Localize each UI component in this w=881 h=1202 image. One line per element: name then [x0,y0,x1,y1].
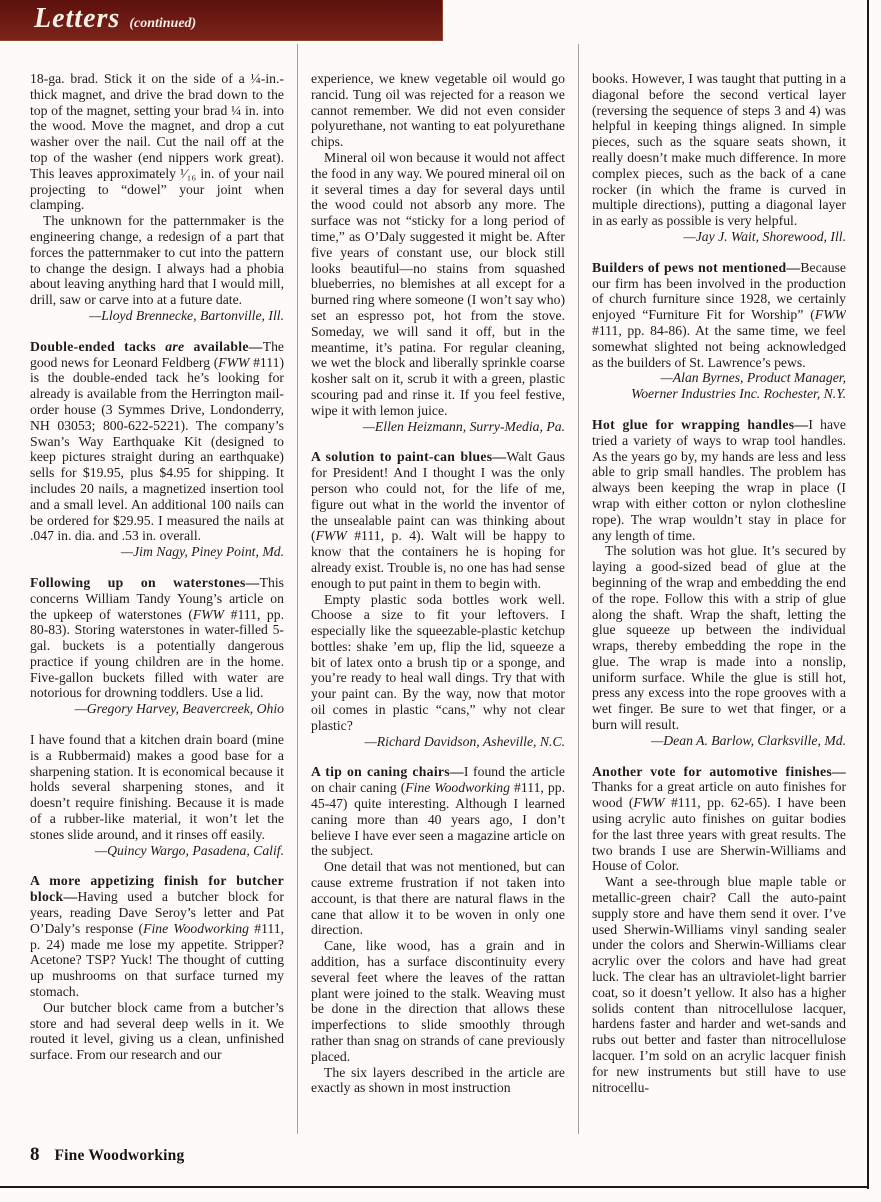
page-footer: 8 Fine Woodworking [30,1144,184,1166]
text-run: Fine Woodworking [143,921,249,936]
letter-paragraph: Cane, like wood, has a grain and in addi… [311,938,565,1064]
banner-inner: Letters (continued) [0,0,442,35]
section-subtitle: (continued) [129,16,196,32]
text-run: FWW [815,307,846,322]
column-divider-1 [297,44,298,1134]
magazine-title: Fine Woodworking [55,1147,185,1165]
text-run: #111, pp. 84-86). At the same time, we f… [592,323,846,370]
letter-paragraph: The solution was hot glue. It’s secured … [592,543,846,733]
letter-paragraph: The unknown for the patternmaker is the … [30,213,284,308]
text-run: Cane, like wood, has a grain and in addi… [311,938,565,1064]
text-run: —Jay J. Wait, Shorewood, Ill. [684,229,846,244]
text-run: A tip on caning chairs— [311,764,464,779]
text-run: FWW [316,528,347,543]
text-column-1: 18-ga. brad. Stick it on the side of a ¼… [30,71,284,1137]
text-run: FWW [218,355,249,370]
letter-paragraph: The six layers described in the article … [311,1065,565,1097]
magazine-page: Letters (continued) 18-ga. brad. Stick i… [0,0,881,1202]
text-run: Our butcher block came from a butcher’s … [30,1000,284,1062]
letter-signature: —Jim Nagy, Piney Point, Md. [30,544,284,560]
text-run: One detail that was not mentioned, but c… [311,859,565,937]
letter-paragraph-heading: Following up on waterstones—This concern… [30,575,284,701]
text-run: Hot glue for wrapping handles— [592,417,808,432]
text-run: Woerner Industries Inc. Rochester, N.Y. [631,386,846,401]
text-run: —Lloyd Brennecke, Bartonville, Ill. [89,308,284,323]
text-run: —Richard Davidson, Asheville, N.C. [365,734,565,749]
letter-signature: —Jay J. Wait, Shorewood, Ill. [592,229,846,245]
page-edge-bottom [0,1186,869,1188]
text-column-2: experience, we knew vegetable oil would … [311,71,565,1137]
text-run: The unknown for the patternmaker is the … [30,213,284,307]
text-run: Builders of pews not mentioned— [592,260,800,275]
letter-paragraph: I have found that a kitchen drain board … [30,732,284,843]
text-run: —Gregory Harvey, Beavercreek, Ohio [75,701,284,716]
letter-paragraph-heading: A solution to paint-can blues—Walt Gaus … [311,449,565,591]
letter-signature: —Alan Byrnes, Product Manager, [592,370,846,386]
section-title: Letters [34,3,120,35]
text-run: Another vote for automotive finishes— [592,764,846,779]
text-run: —Alan Byrnes, Product Manager, [661,370,846,385]
letter-paragraph-heading: A tip on caning chairs—I found the artic… [311,764,565,859]
text-column-3: books. However, I was taught that puttin… [592,71,846,1137]
text-run: FWW [193,607,224,622]
column-divider-2 [578,44,579,1134]
letter-paragraph: Our butcher block came from a butcher’s … [30,1000,284,1063]
text-run: Double-ended tacks [30,339,165,354]
text-run: #111, p. 4). Walt will be happy to know … [311,528,565,590]
letter-paragraph: 18-ga. brad. Stick it on the side of a ¼… [30,71,284,213]
letter-paragraph: books. However, I was taught that puttin… [592,71,846,229]
text-run: experience, we knew vegetable oil would … [311,71,565,149]
letters-header-banner: Letters (continued) [0,0,443,41]
letter-paragraph: Want a see-through blue maple table or m… [592,874,846,1095]
text-run: Want a see-through blue maple table or m… [592,874,846,1094]
letter-signature: —Ellen Heizmann, Surry-Media, Pa. [311,419,565,435]
text-run: —Jim Nagy, Piney Point, Md. [121,544,284,559]
text-run: The solution was hot glue. It’s secured … [592,543,846,732]
letter-paragraph-heading: Double-ended tacks are available—The goo… [30,339,284,544]
letter-paragraph-heading: Builders of pews not mentioned—Because o… [592,260,846,371]
page-edge-right [867,0,869,1189]
text-run: I have tried a variety of ways to wrap t… [592,417,846,543]
letter-signature: —Gregory Harvey, Beavercreek, Ohio [30,701,284,717]
text-run: —Ellen Heizmann, Surry-Media, Pa. [363,419,565,434]
text-run: available— [184,339,262,354]
text-run: —Quincy Wargo, Pasadena, Calif. [95,843,284,858]
text-run: Empty plastic soda bottles work well. Ch… [311,592,565,733]
text-run: books. However, I was taught that puttin… [592,71,846,228]
text-run: 18-ga. brad. Stick it on the side of a ¼… [30,71,284,212]
letter-signature: —Dean A. Barlow, Clarksville, Md. [592,733,846,749]
letter-paragraph: Empty plastic soda bottles work well. Ch… [311,592,565,734]
letter-paragraph: Mineral oil won because it would not aff… [311,150,565,419]
letter-paragraph-heading: Another vote for automotive finishes—Tha… [592,764,846,875]
letter-signature: Woerner Industries Inc. Rochester, N.Y. [592,386,846,402]
letter-paragraph: One detail that was not mentioned, but c… [311,859,565,938]
text-run: #111) is the double-ended tack he’s look… [30,355,284,544]
page-number: 8 [30,1144,40,1166]
text-run: FWW [633,795,664,810]
letter-paragraph-heading: A more appetizing finish for butcher blo… [30,873,284,999]
text-run: Following up on waterstones— [30,575,260,590]
letter-signature: —Richard Davidson, Asheville, N.C. [311,734,565,750]
letter-signature: —Quincy Wargo, Pasadena, Calif. [30,843,284,859]
letter-paragraph-heading: Hot glue for wrapping handles—I have tri… [592,417,846,543]
text-run: I have found that a kitchen drain board … [30,732,284,842]
letter-signature: —Lloyd Brennecke, Bartonville, Ill. [30,308,284,324]
text-run: —Dean A. Barlow, Clarksville, Md. [651,733,846,748]
text-run: A solution to paint-can blues— [311,449,506,464]
text-run: are [165,339,184,354]
text-run: Fine Woodworking [405,780,510,795]
text-run: The six layers described in the article … [311,1065,565,1096]
letter-paragraph: experience, we knew vegetable oil would … [311,71,565,150]
text-run: Mineral oil won because it would not aff… [311,150,565,418]
